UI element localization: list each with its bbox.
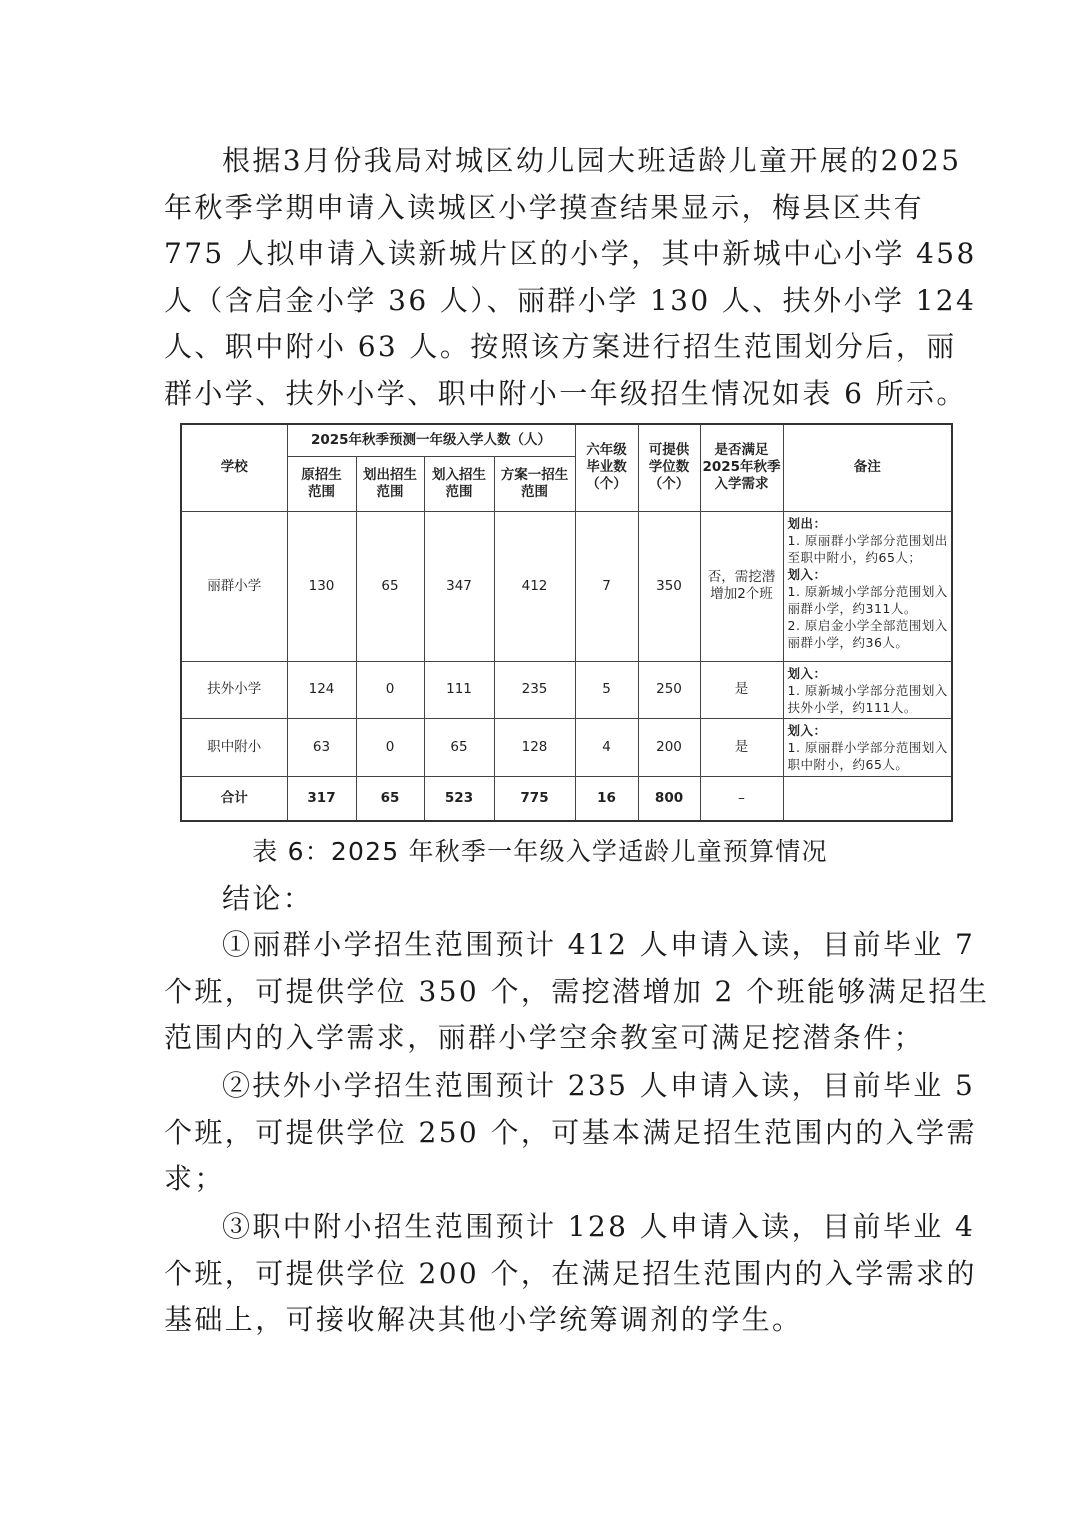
cell-out-range: 0 — [356, 718, 424, 776]
cell-grade6-graduates: 7 — [575, 511, 638, 661]
cell-school: 扶外小学 — [181, 661, 287, 718]
cell-remarks: 划出： 1. 原丽群小学部分范围划出至职中附小，约65人； 划入： 1. 原新城… — [783, 511, 952, 661]
cell-out-range: 0 — [356, 661, 424, 718]
header-line: （个） — [576, 476, 638, 493]
header-line: 范围 — [495, 484, 575, 501]
table-total-row: 合计 317 65 523 775 16 800 – — [181, 776, 952, 821]
cell-grade6-graduates: 5 — [575, 661, 638, 718]
conclusion-item-2: ②扶外小学招生范围预计 235 人申请入读，目前毕业 5 个班，可提供学位 25… — [164, 1063, 916, 1203]
table-row: 扶外小学 124 0 111 235 5 250 是 划入： 1. 原新城小学部… — [181, 661, 952, 718]
remark-item: 1. 原新城小学部分范围划入丽群小学，约311人。 — [788, 583, 950, 617]
header-line: 2025年秋季 — [701, 459, 783, 476]
cell-remarks: 划入： 1. 原新城小学部分范围划入扶外小学，约111人。 — [783, 661, 952, 718]
cell-out-range: 65 — [356, 511, 424, 661]
conclusion-line: ③职中附小招生范围预计 128 人申请入读，目前毕业 4 — [164, 1204, 916, 1251]
remark-item: 1. 原新城小学部分范围划入扶外小学，约111人。 — [788, 682, 950, 716]
cell-total-available-seats: 800 — [638, 776, 700, 821]
cell-in-range: 347 — [424, 511, 494, 661]
header-grade6-graduates: 六年级 毕业数 （个） — [575, 424, 638, 511]
header-line: 方案一招生 — [495, 467, 575, 484]
header-line: （个） — [639, 476, 700, 493]
remark-title: 划出： — [788, 515, 950, 532]
cell-total-plan-one-range: 775 — [494, 776, 575, 821]
intro-paragraph: 根据3月份我局对城区幼儿园大班适龄儿童开展的2025 年秋季学期申请入读城区小学… — [164, 138, 916, 417]
table-header-row: 学校 2025年秋季预测一年级入学人数（人） 六年级 毕业数 （个） 可提供 学… — [181, 424, 952, 456]
cell-total-grade6-graduates: 16 — [575, 776, 638, 821]
cell-plan-one-range: 128 — [494, 718, 575, 776]
conclusion-line: 个班，可提供学位 200 个，在满足招生范围内的入学需求的 — [164, 1251, 916, 1298]
cell-school: 职中附小 — [181, 718, 287, 776]
cell-grade6-graduates: 4 — [575, 718, 638, 776]
cell-line: 是 — [701, 681, 783, 698]
cell-in-range: 111 — [424, 661, 494, 718]
header-line: 毕业数 — [576, 459, 638, 476]
cell-in-range: 65 — [424, 718, 494, 776]
header-line: 划出招生 — [357, 467, 424, 484]
conclusion-line: ①丽群小学招生范围预计 412 人申请入读，目前毕业 7 — [164, 922, 916, 969]
intro-line: 根据3月份我局对城区幼儿园大班适龄儿童开展的2025 — [164, 138, 916, 185]
cell-meets-demand: 是 — [700, 718, 783, 776]
conclusion-line: 求； — [164, 1156, 916, 1203]
remark-item: 1. 原丽群小学部分范围划出至职中附小，约65人； — [788, 532, 950, 566]
cell-available-seats: 350 — [638, 511, 700, 661]
cell-total-out-range: 65 — [356, 776, 424, 821]
cell-total-original-range: 317 — [287, 776, 356, 821]
cell-plan-one-range: 235 — [494, 661, 575, 718]
remark-item: 1. 原丽群小学部分范围划入职中附小，约65人。 — [788, 739, 950, 773]
intro-line: 人、职中附小 63 人。按照该方案进行招生范围划分后，丽 — [164, 324, 916, 371]
header-line: 可提供 — [639, 442, 700, 459]
cell-line: 否，需挖潜 — [701, 569, 783, 586]
intro-line: 群小学、扶外小学、职中附小一年级招生情况如表 6 所示。 — [164, 371, 916, 418]
header-original-range: 原招生 范围 — [287, 456, 356, 511]
header-line: 原招生 — [288, 467, 356, 484]
cell-school: 丽群小学 — [181, 511, 287, 661]
remark-item: 2. 原启金小学全部范围划入丽群小学，约36人。 — [788, 617, 950, 651]
intro-line: 775 人拟申请入读新城片区的小学，其中新城中心小学 458 — [164, 231, 916, 278]
remark-title: 划入： — [788, 722, 950, 739]
cell-available-seats: 250 — [638, 661, 700, 718]
cell-original-range: 63 — [287, 718, 356, 776]
cell-total-meets-demand: – — [700, 776, 783, 821]
conclusion-line: 范围内的入学需求，丽群小学空余教室可满足挖潜条件； — [164, 1015, 916, 1062]
header-line: 学位数 — [639, 459, 700, 476]
conclusion-line: ②扶外小学招生范围预计 235 人申请入读，目前毕业 5 — [164, 1063, 916, 1110]
conclusion-heading: 结论： — [164, 876, 916, 923]
cell-meets-demand: 是 — [700, 661, 783, 718]
header-line: 是否满足 — [701, 442, 783, 459]
header-forecast-group: 2025年秋季预测一年级入学人数（人） — [287, 424, 575, 456]
cell-line: 增加2个班 — [701, 586, 783, 603]
header-available-seats: 可提供 学位数 （个） — [638, 424, 700, 511]
cell-total-in-range: 523 — [424, 776, 494, 821]
cell-original-range: 124 — [287, 661, 356, 718]
table-caption: 表 6：2025 年秋季一年级入学适龄儿童预算情况 — [0, 832, 1080, 872]
conclusion-item-1: ①丽群小学招生范围预计 412 人申请入读，目前毕业 7 个班，可提供学位 35… — [164, 922, 916, 1062]
intro-line: 年秋季学期申请入读城区小学摸查结果显示，梅县区共有 — [164, 185, 916, 232]
conclusion-item-3: ③职中附小招生范围预计 128 人申请入读，目前毕业 4 个班，可提供学位 20… — [164, 1204, 916, 1344]
cell-original-range: 130 — [287, 511, 356, 661]
document-page: 根据3月份我局对城区幼儿园大班适龄儿童开展的2025 年秋季学期申请入读城区小学… — [0, 0, 1080, 1527]
header-plan-one-range: 方案一招生 范围 — [494, 456, 575, 511]
remark-title: 划入： — [788, 665, 950, 682]
header-line: 范围 — [357, 484, 424, 501]
conclusion-line: 个班，可提供学位 350 个，需挖潜增加 2 个班能够满足招生 — [164, 969, 916, 1016]
header-meets-demand: 是否满足 2025年秋季 入学需求 — [700, 424, 783, 511]
conclusion-heading-text: 结论： — [164, 876, 916, 923]
conclusion-line: 个班，可提供学位 250 个，可基本满足招生范围内的入学需 — [164, 1110, 916, 1157]
header-line: 范围 — [288, 484, 356, 501]
cell-remarks: 划入： 1. 原丽群小学部分范围划入职中附小，约65人。 — [783, 718, 952, 776]
header-school: 学校 — [181, 424, 287, 511]
cell-total-label: 合计 — [181, 776, 287, 821]
header-line: 六年级 — [576, 442, 638, 459]
conclusion-line: 基础上，可接收解决其他小学统筹调剂的学生。 — [164, 1297, 916, 1344]
header-remarks: 备注 — [783, 424, 952, 511]
header-in-range: 划入招生 范围 — [424, 456, 494, 511]
header-line: 划入招生 — [425, 467, 494, 484]
header-line: 范围 — [425, 484, 494, 501]
remark-title: 划入： — [788, 566, 950, 583]
cell-plan-one-range: 412 — [494, 511, 575, 661]
intro-line: 人（含启金小学 36 人）、丽群小学 130 人、扶外小学 124 — [164, 278, 916, 325]
cell-meets-demand: 否，需挖潜 增加2个班 — [700, 511, 783, 661]
table-row: 职中附小 63 0 65 128 4 200 是 划入： 1. 原丽群小学部分范… — [181, 718, 952, 776]
cell-line: 是 — [701, 739, 783, 756]
cell-available-seats: 200 — [638, 718, 700, 776]
cell-total-remarks — [783, 776, 952, 821]
enrollment-table: 学校 2025年秋季预测一年级入学人数（人） 六年级 毕业数 （个） 可提供 学… — [180, 423, 953, 822]
header-out-range: 划出招生 范围 — [356, 456, 424, 511]
header-line: 入学需求 — [701, 476, 783, 493]
table-row: 丽群小学 130 65 347 412 7 350 否，需挖潜 增加2个班 划出… — [181, 511, 952, 661]
